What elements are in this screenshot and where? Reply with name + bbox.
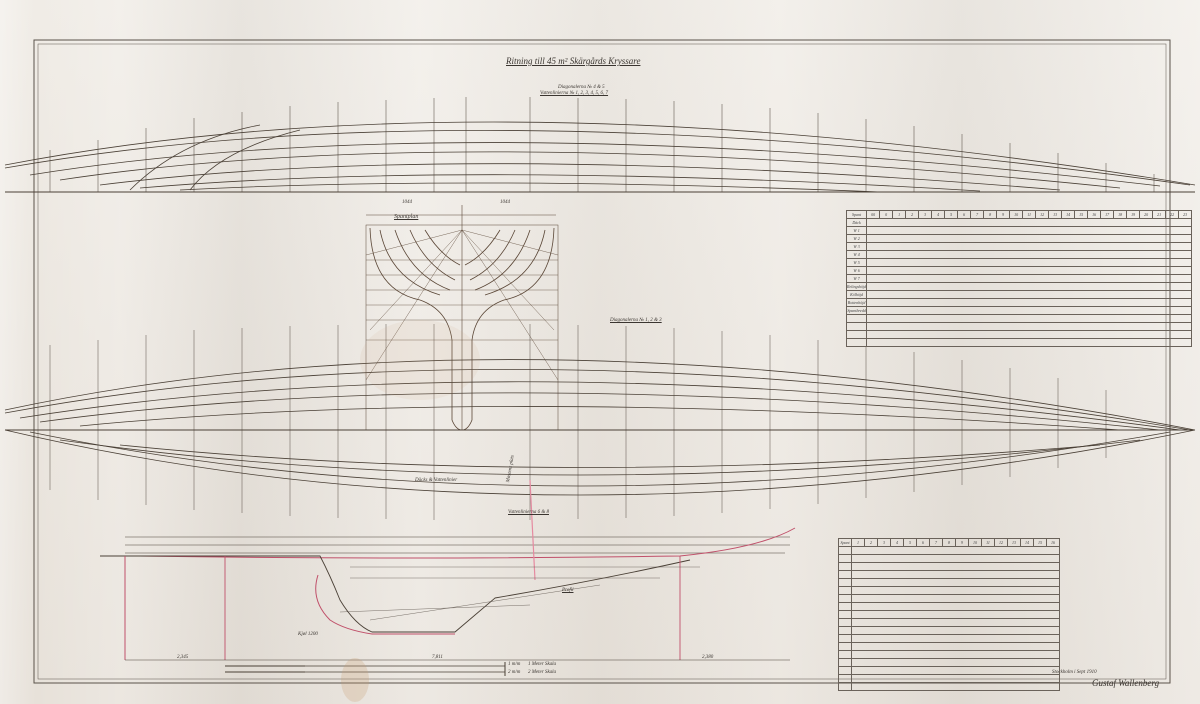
profile-heading: Vattenlinierna 6 & 8 xyxy=(508,510,549,515)
table-row xyxy=(839,619,1060,627)
profile-view xyxy=(100,480,795,676)
keel-label: Kjøl 1200 xyxy=(298,632,318,637)
scale-text-2: 2 Meter Skala xyxy=(528,670,556,675)
table-row: W 2 xyxy=(847,235,1192,243)
top-view-heading-2: Vattenlinierna № 1, 2, 3, 4, 5, 6, 7 xyxy=(540,91,608,96)
scale-text-1: 1 Meter Skala xyxy=(528,662,556,667)
table-row xyxy=(839,667,1060,675)
table-header-row: Spant 12 34 56 78 910 1112 1314 1516 xyxy=(839,539,1060,547)
table-row xyxy=(839,627,1060,635)
table-header-row: Spant 000 12 34 56 78 910 1112 1314 1516… xyxy=(847,211,1192,219)
scale-label-2: 2 m/m xyxy=(508,670,520,675)
dim-center: 7,811 xyxy=(432,655,443,660)
table-row xyxy=(839,635,1060,643)
profile-label: Profil xyxy=(562,588,573,593)
table-row: W 6 xyxy=(847,267,1192,275)
table-row xyxy=(839,611,1060,619)
dim-right: 2,380 xyxy=(702,655,713,660)
body-plan-dim-right: 1044 xyxy=(500,200,510,205)
table-row xyxy=(847,323,1192,331)
table-row: W 1 xyxy=(847,227,1192,235)
table-row xyxy=(839,643,1060,651)
table-row xyxy=(839,587,1060,595)
table-row xyxy=(839,651,1060,659)
middle-view-caption: Däcks & Vattenlinier xyxy=(415,478,457,483)
stain xyxy=(341,658,369,702)
table-row xyxy=(839,595,1060,603)
table-row xyxy=(847,339,1192,347)
table-row xyxy=(839,555,1060,563)
table-row: Däck xyxy=(847,219,1192,227)
table-row xyxy=(839,571,1060,579)
body-plan-label: Spantplan xyxy=(394,214,418,220)
table-row: W 4 xyxy=(847,251,1192,259)
body-plan-dim-left: 1044 xyxy=(402,200,412,205)
table-row xyxy=(847,315,1192,323)
table-row: W 5 xyxy=(847,259,1192,267)
table-row: Spantbredd xyxy=(847,307,1192,315)
table-row xyxy=(847,331,1192,339)
table-row xyxy=(839,659,1060,667)
table-row: Bottenhöjd xyxy=(847,299,1192,307)
table-row: Relingshöjd xyxy=(847,283,1192,291)
diagonals-view xyxy=(5,324,1195,520)
table-row xyxy=(839,563,1060,571)
table-row xyxy=(839,547,1060,555)
table-row: W 3 xyxy=(847,243,1192,251)
table-row: W 7 xyxy=(847,275,1192,283)
top-half-breadth-view xyxy=(5,97,1195,192)
signature: Gustaf Wallenberg xyxy=(1092,678,1159,688)
table-row: Kölhöjd xyxy=(847,291,1192,299)
dim-left: 2,345 xyxy=(177,655,188,660)
scale-label-1: 1 m/m xyxy=(508,662,520,667)
table-row xyxy=(839,683,1060,691)
middle-view-heading: Diagonalerna № 1, 2 & 3 xyxy=(610,318,662,323)
table-header-cell: Spant xyxy=(847,211,867,219)
top-view-heading-1: Diagonalerna № 4 & 5 xyxy=(558,85,605,90)
table-row xyxy=(839,603,1060,611)
table-row xyxy=(839,675,1060,683)
offset-table-top: Spant 000 12 34 56 78 910 1112 1314 1516… xyxy=(846,210,1192,347)
drawing-sheet: Ritning till 45 m² Skärgårds Kryssare Di… xyxy=(0,0,1200,704)
offset-table-bottom: Spant 12 34 56 78 910 1112 1314 1516 xyxy=(838,538,1060,691)
drawing-title: Ritning till 45 m² Skärgårds Kryssare xyxy=(506,56,640,66)
table-row xyxy=(839,579,1060,587)
